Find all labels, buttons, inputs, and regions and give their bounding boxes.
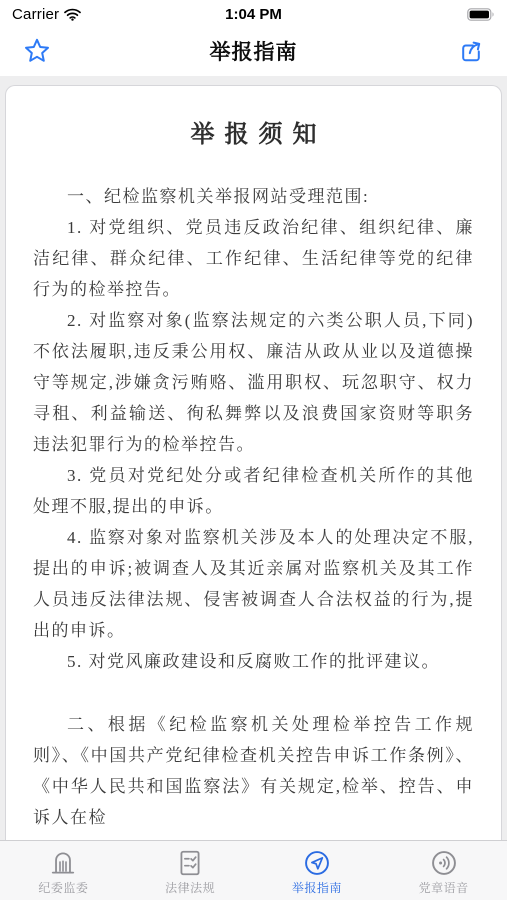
voice-icon	[429, 849, 459, 877]
status-bar: Carrier 1:04 PM	[0, 0, 507, 26]
tab-jiwei-jianwei[interactable]: 纪委监委	[0, 841, 127, 900]
checklist-icon	[175, 849, 205, 877]
share-icon	[457, 38, 484, 65]
tab-label: 举报指南	[292, 879, 342, 896]
document-body: 一、纪检监察机关举报网站受理范围: 1. 对党组织、党员违反政治纪律、组织纪律、…	[33, 181, 474, 833]
paragraph-item-5: 5. 对党风廉政建设和反腐败工作的批评建议。	[33, 646, 474, 677]
app-window: Carrier 1:04 PM	[0, 0, 507, 900]
page-title: 举报指南	[210, 36, 298, 66]
tab-bar: 纪委监委 法律法规 举报指南	[0, 840, 507, 900]
tab-label: 党章语音	[419, 879, 469, 896]
paragraph-item-1: 1. 对党组织、党员违反政治纪律、组织纪律、廉洁纪律、群众纪律、工作纪律、生活纪…	[33, 212, 474, 305]
share-button[interactable]	[453, 34, 487, 68]
document-title: 举报须知	[33, 114, 474, 149]
clock-time: 1:04 PM	[162, 6, 345, 23]
wifi-icon	[64, 8, 81, 21]
content-area[interactable]: 举报须知 一、纪检监察机关举报网站受理范围: 1. 对党组织、党员违反政治纪律、…	[0, 76, 507, 840]
tab-label: 法律法规	[165, 879, 215, 896]
battery-icon	[467, 8, 495, 21]
favorite-button[interactable]	[20, 34, 54, 68]
paragraph-scope-heading: 一、纪检监察机关举报网站受理范围:	[33, 181, 474, 212]
government-building-icon	[48, 849, 78, 877]
paragraph-item-3: 3. 党员对党纪处分或者纪律检查机关所作的其他处理不服,提出的申诉。	[33, 460, 474, 522]
tab-jubao-zhinan[interactable]: 举报指南	[254, 841, 381, 900]
paragraph-item-2: 2. 对监察对象(监察法规定的六类公职人员,下同)不依法履职,违反秉公用权、廉洁…	[33, 305, 474, 460]
document-page: 举报须知 一、纪检监察机关举报网站受理范围: 1. 对党组织、党员违反政治纪律、…	[5, 85, 502, 840]
paragraph-section-two: 二、根据《纪检监察机关处理检举控告工作规则》、《中国共产党纪律检查机关控告申诉工…	[33, 709, 474, 833]
tab-dangzhang-yuyin[interactable]: 党章语音	[380, 841, 507, 900]
nav-bar: 举报指南	[0, 26, 507, 76]
tab-falv-fagui[interactable]: 法律法规	[127, 841, 254, 900]
paragraph-item-4: 4. 监察对象对监察机关涉及本人的处理决定不服,提出的申诉;被调查人及其近亲属对…	[33, 522, 474, 646]
carrier-label: Carrier	[12, 6, 59, 23]
send-icon	[302, 849, 332, 877]
star-icon	[23, 37, 51, 65]
tab-label: 纪委监委	[38, 879, 88, 896]
